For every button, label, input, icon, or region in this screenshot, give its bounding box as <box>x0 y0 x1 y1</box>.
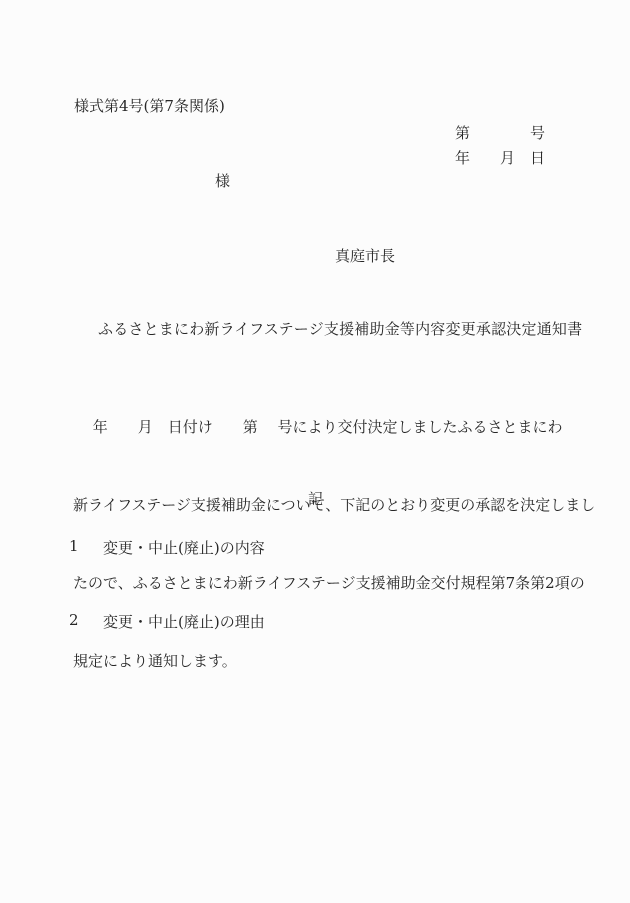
form-number-label: 様式第4号(第7条関係) <box>74 95 225 116</box>
list-item-label: 変更・中止(廃止)の内容 <box>103 537 265 558</box>
body-line: 規定により通知します。 <box>73 648 593 674</box>
date-blank-line: 年 月 日 <box>455 147 545 168</box>
body-line: たので、ふるさとまにわ新ライフステージ支援補助金交付規程第7条第2項の <box>73 570 593 596</box>
body-line: 年 月 日付け 第 号により交付決定しましたふるさとまにわ <box>73 414 593 440</box>
body-line: 新ライフステージ支援補助金について、下記のとおり変更の承認を決定しまし <box>73 492 593 518</box>
list-item-1: 1 変更・中止(廃止)の内容 <box>69 537 265 558</box>
sender-name: 真庭市長 <box>335 245 395 266</box>
section-marker: 記 <box>308 488 323 509</box>
list-item-label: 変更・中止(廃止)の理由 <box>103 611 265 632</box>
list-item-number: 1 <box>69 537 103 558</box>
document-title: ふるさとまにわ新ライフステージ支援補助金等内容変更承認決定通知書 <box>98 318 582 339</box>
list-item-number: 2 <box>69 611 103 632</box>
document-number-blank-line: 第 号 <box>455 122 545 143</box>
list-item-2: 2 変更・中止(廃止)の理由 <box>69 611 265 632</box>
addressee-suffix: 様 <box>215 170 230 191</box>
document-page: 様式第4号(第7条関係) 第 号 年 月 日 様 真庭市長 ふるさとまにわ新ライ… <box>0 0 630 903</box>
